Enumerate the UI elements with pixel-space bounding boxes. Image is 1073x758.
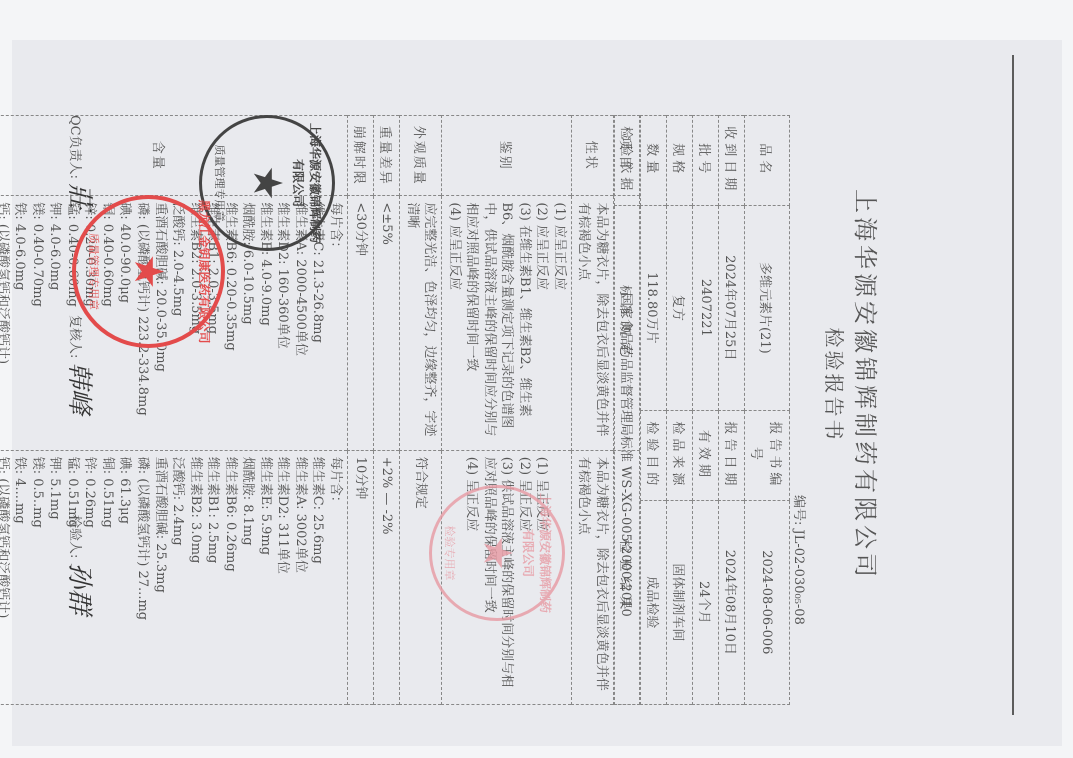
- info-label: 品名: [745, 116, 790, 206]
- star-icon: ★: [126, 254, 172, 290]
- info-row: 收到日期2024年07月25日报告日期2024年08月10日: [719, 116, 745, 705]
- row-item: 性状: [571, 116, 613, 196]
- row-standard: (1) 应呈正反应(2) 应呈正反应(3) 在维生素B1、维生素B2、维生素B6…: [442, 196, 572, 450]
- inspector-signature: 检验人: 孙群: [63, 515, 100, 615]
- row-result: 10分钟: [347, 450, 373, 704]
- black-company-seal: 上海华源安徽锦辉制药有限公司 ★ 质量管理专用章: [199, 115, 335, 251]
- document-code: 编号: JL-02-030₀₅-08: [791, 495, 810, 625]
- row-result: +2% — -2%: [373, 450, 399, 704]
- table-row: 崩解时限<30分钟10分钟: [347, 116, 373, 705]
- col-item: 项目: [614, 116, 640, 196]
- info-label: 报告书编号: [745, 411, 790, 501]
- row-standard: <30分钟: [347, 196, 373, 450]
- page-edge: [1012, 55, 1014, 715]
- info-value: 24个月: [693, 500, 719, 704]
- inspector-handwriting: 孙群: [64, 563, 94, 615]
- qc-signature: QC负责人: 莊: [63, 115, 100, 209]
- info-value: 多维元素片(21): [745, 205, 790, 410]
- row-item: 崩解时限: [347, 116, 373, 196]
- info-value: 复方: [667, 205, 693, 410]
- table-row: 重量差异<±5%+2% — -2%: [373, 116, 399, 705]
- info-label: 数量: [641, 116, 667, 206]
- col-result: 检验结果: [614, 450, 640, 704]
- info-label: 收到日期: [719, 116, 745, 206]
- table-row: 性状本品为糖衣片，除去包衣后显淡黄色并伴有棕褐色小点本品为糖衣片，除去包衣后显淡…: [571, 116, 613, 705]
- info-value: 118.80万片: [641, 205, 667, 410]
- info-value: 成品检验: [641, 500, 667, 704]
- info-value: 2024年08月10日: [719, 500, 745, 704]
- star-icon: ★: [474, 535, 520, 571]
- info-label: 批号: [693, 116, 719, 206]
- row-standard: <±5%: [373, 196, 399, 450]
- info-row: 品名多维元素片(21)报告书编号2024-08-06-006: [745, 116, 790, 705]
- star-icon: ★: [244, 165, 290, 201]
- row-item: 外观质量: [399, 116, 441, 196]
- info-label: 有效期: [693, 411, 719, 501]
- row-result: 本品为糖衣片，除去包衣后显淡黄色并伴有棕褐色小点: [571, 450, 613, 704]
- report-title: 检验报告书: [821, 55, 850, 715]
- row-standard: 应完整光洁、色泽均匀，边缘整齐，字迹清晰: [399, 196, 441, 450]
- info-value: 2024-08-06-006: [745, 500, 790, 704]
- row-standard: 本品为糖衣片，除去包衣后显淡黄色并伴有棕褐色小点: [571, 196, 613, 450]
- row-result: 每片含：维生素C: 25.6mg维生素A: 3002单位维生素D2: 311单位…: [0, 450, 347, 704]
- info-row: 数量118.80万片检验目的成品检验: [641, 116, 667, 705]
- info-table: 品名多维元素片(21)报告书编号2024-08-06-006收到日期2024年0…: [614, 115, 790, 705]
- row-item: 鉴别: [442, 116, 572, 196]
- info-row: 批号2407221有效期24个月: [693, 116, 719, 705]
- info-label: 检验目的: [641, 411, 667, 501]
- company-name: 上海华源安徽锦辉制药有限公司: [850, 55, 885, 715]
- info-row: 规格复方检品来源固体制剂车间: [667, 116, 693, 705]
- table-row: 外观质量应完整光洁、色泽均匀，边缘整齐，字迹清晰符合规定: [399, 116, 441, 705]
- row-item: 重量差异: [373, 116, 399, 196]
- info-value: 固体制剂车间: [667, 500, 693, 704]
- info-label: 检品来源: [667, 411, 693, 501]
- red-company-seal: 黑龙江金钥康医药有限公司 ★ 质量管理专用章: [72, 195, 225, 348]
- info-label: 规格: [667, 116, 693, 206]
- inspection-report: 上海华源安徽锦辉制药有限公司 检验报告书 编号: JL-02-030₀₅-08 …: [45, 55, 1005, 715]
- info-value: 2407221: [693, 205, 719, 410]
- info-value: 2024年07月25日: [719, 205, 745, 410]
- info-label: 报告日期: [719, 411, 745, 501]
- col-standard: 标准规定: [614, 196, 640, 450]
- reviewer-handwriting: 韩峰: [64, 363, 94, 415]
- inspection-seal: 上海华源安徽锦辉制药有限公司 ★ 检验专用章: [429, 485, 565, 621]
